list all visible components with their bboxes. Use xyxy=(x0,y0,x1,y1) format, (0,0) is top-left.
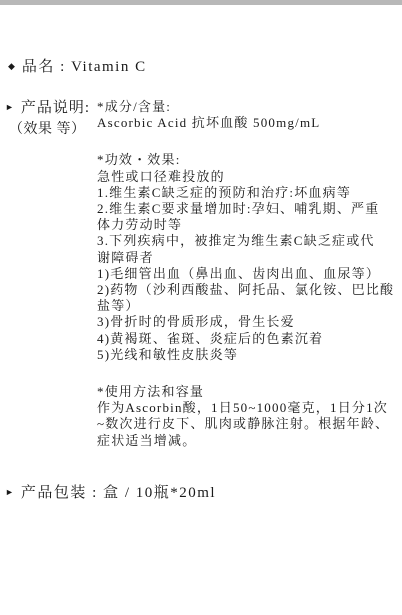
text-line: 1)毛细管出血（鼻出血、齿肉出血、血尿等） xyxy=(97,266,402,282)
text-line: 体力劳动时等 xyxy=(97,217,402,233)
text-line: Ascorbic Acid 抗坏血酸 500mg/mL xyxy=(97,115,402,131)
description-paragraph: *使用方法和容量作为Ascorbin酸，1日50~1000毫克，1日分1次~数次… xyxy=(97,384,402,449)
arrow-bullet-icon: ► xyxy=(5,487,14,497)
product-name-label: 品名 : xyxy=(22,59,66,75)
text-line: 盐等） xyxy=(97,298,402,314)
diamond-bullet-icon: ◆ xyxy=(8,61,15,72)
text-line: *使用方法和容量 xyxy=(97,384,402,400)
description-sublabel: （效果 等） xyxy=(9,119,97,140)
text-line: 3)骨折时的骨质形成，骨生长爱 xyxy=(97,314,402,330)
description-label-column: ►产品说明: （效果 等） xyxy=(5,97,97,140)
text-line: ~数次进行皮下、肌肉或静脉注射。根据年龄、 xyxy=(97,416,402,432)
product-detail-page: ◆品名 : Vitamin C ►产品说明: （效果 等） *成分/含量:Asc… xyxy=(0,0,402,615)
description-label-row: ►产品说明: xyxy=(5,97,97,119)
text-line: *功效・效果: xyxy=(97,152,402,168)
product-name-value: Vitamin C xyxy=(71,59,147,75)
text-line: 2.维生素C要求量增加时:孕妇、哺乳期、严重 xyxy=(97,201,402,217)
arrow-bullet-icon: ► xyxy=(5,97,14,118)
text-line: 2)药物（沙利西酸盐、阿托品、氯化铵、巴比酸 xyxy=(97,282,402,298)
text-line: 1.维生素C缺乏症的预防和治疗:坏血病等 xyxy=(97,185,402,201)
description-label: 产品说明: xyxy=(21,100,90,116)
description-paragraph: *功效・效果:急性或口径难投放的1.维生素C缺乏症的预防和治疗:坏血病等2.维生… xyxy=(97,152,402,363)
top-divider-bar xyxy=(0,0,402,5)
product-packaging-row: ►产品包装 : 盒 / 10瓶*20ml xyxy=(5,481,216,502)
text-line: 症状适当增减。 xyxy=(97,433,402,449)
text-line: 作为Ascorbin酸，1日50~1000毫克，1日分1次 xyxy=(97,400,402,416)
description-body: *成分/含量:Ascorbic Acid 抗坏血酸 500mg/mL*功效・效果… xyxy=(97,99,402,449)
text-line: 4)黄褐斑、雀斑、炎症后的色素沉着 xyxy=(97,331,402,347)
text-line: *成分/含量: xyxy=(97,99,402,115)
description-paragraph: *成分/含量:Ascorbic Acid 抗坏血酸 500mg/mL xyxy=(97,99,402,131)
product-name-row: ◆品名 : Vitamin C xyxy=(8,55,147,76)
packaging-value: 盒 / 10瓶*20ml xyxy=(103,485,216,501)
text-line: 5)光线和敏性皮肤炎等 xyxy=(97,347,402,363)
packaging-label: 产品包装 : xyxy=(21,485,98,501)
text-line: 3.下列疾病中，被推定为维生素C缺乏症或代 xyxy=(97,233,402,249)
text-line: 急性或口径难投放的 xyxy=(97,169,402,185)
text-line: 谢障碍者 xyxy=(97,250,402,266)
